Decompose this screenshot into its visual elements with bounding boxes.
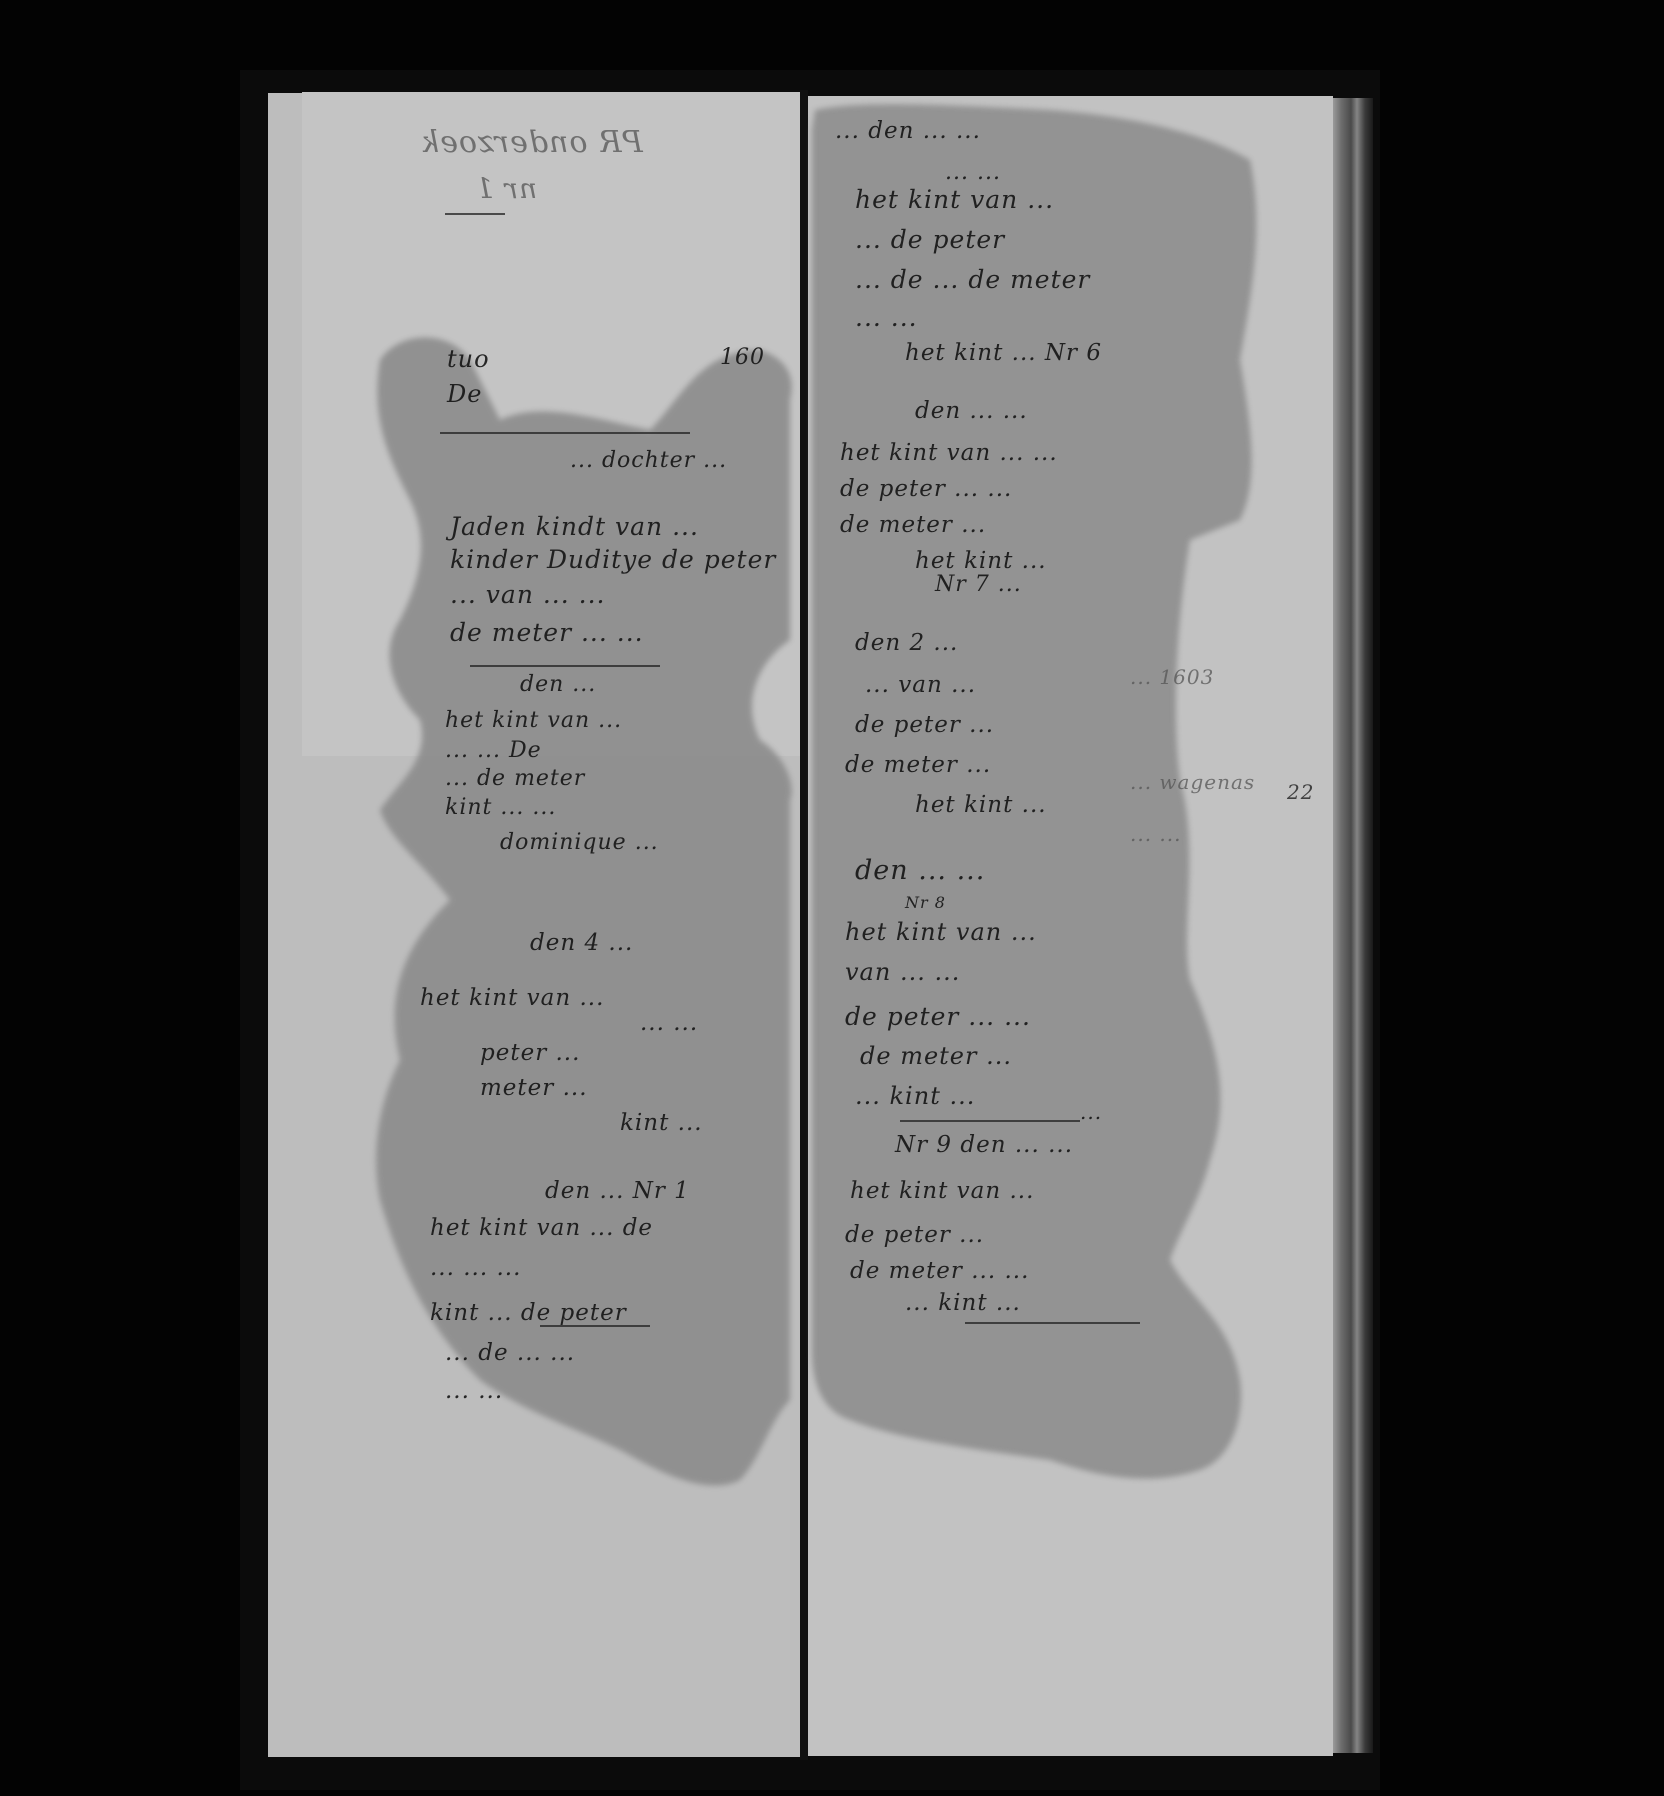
entry-divider bbox=[965, 1322, 1140, 1324]
entry-line: dominique ... bbox=[500, 830, 659, 855]
entry-line: den ... ... bbox=[915, 398, 1028, 424]
entry-line: ... ... bbox=[445, 1378, 503, 1404]
entry-line: den ... bbox=[520, 672, 596, 697]
entry-line: van ... ... bbox=[845, 958, 960, 986]
entry-line: ... ... De bbox=[445, 738, 542, 763]
entry-line: het kint ... Nr 6 bbox=[905, 340, 1102, 366]
entry-line: kint ... ... bbox=[445, 795, 556, 820]
entry-line: peter ... bbox=[480, 1040, 580, 1066]
entry-line: de meter ... bbox=[860, 1042, 1012, 1070]
entry-line: het kint van ... bbox=[445, 708, 622, 733]
edge-folio-number: 22 bbox=[1287, 780, 1314, 804]
mount-note-line1: PR onderzoek bbox=[420, 125, 643, 160]
entry-line: de meter ... ... bbox=[450, 618, 644, 647]
entry-line: Nr 7 ... bbox=[935, 572, 1022, 597]
manuscript-fragments bbox=[0, 0, 1664, 1796]
entry-line: de peter ... bbox=[845, 1222, 984, 1248]
show-through-text: ... 1603 bbox=[1130, 665, 1214, 689]
entry-header-left: tuo bbox=[447, 345, 490, 373]
entry-line: het kint ... bbox=[915, 548, 1047, 574]
entry-line: het kint van ... bbox=[850, 1178, 1034, 1204]
entry-line: Jaden kindt van ... bbox=[450, 512, 699, 541]
mount-note-underline bbox=[445, 213, 505, 215]
year-note: 160 bbox=[720, 345, 765, 370]
entry-line: het kint van ... bbox=[845, 918, 1037, 946]
entry-line: het kint van ... de bbox=[430, 1215, 653, 1241]
entry-line: ... bbox=[1080, 1100, 1102, 1124]
entry-line: ... de meter bbox=[445, 766, 585, 791]
entry-line: ... den ... ... bbox=[835, 118, 981, 144]
entry-line: ... kint ... bbox=[905, 1290, 1021, 1316]
entry-line: den ... Nr 1 bbox=[545, 1178, 690, 1204]
entry-line: kinder Duditye de peter bbox=[450, 545, 776, 574]
entry-line: ... ... ... bbox=[430, 1255, 521, 1281]
entry-line: den 2 ... bbox=[855, 630, 958, 656]
entry-line: de peter ... ... bbox=[840, 476, 1012, 502]
entry-line: ... de peter bbox=[855, 225, 1005, 254]
entry-line: den 4 ... bbox=[530, 930, 633, 956]
entry-line: den ... ... bbox=[855, 855, 985, 886]
entry-line: het kint van ... bbox=[420, 985, 604, 1011]
entry-divider bbox=[470, 665, 660, 667]
entry-line: het kint ... bbox=[915, 792, 1047, 818]
entry-underline bbox=[540, 1325, 650, 1327]
entry-line: kint ... bbox=[620, 1110, 703, 1136]
entry-line: ... van ... bbox=[865, 672, 976, 698]
entry-line: de meter ... bbox=[840, 512, 986, 538]
entry-line: de peter ... bbox=[855, 712, 994, 738]
entry-number: Nr 8 bbox=[905, 893, 946, 912]
entry-line: kint ... de peter bbox=[430, 1300, 627, 1326]
entry-line: ... ... bbox=[945, 160, 1001, 185]
show-through-text: ... ... bbox=[1130, 822, 1182, 846]
entry-line: de meter ... bbox=[845, 752, 991, 778]
entry-line: ... van ... ... bbox=[450, 580, 606, 609]
entry-line: ... dochter ... bbox=[570, 448, 727, 473]
entry-divider bbox=[440, 432, 690, 434]
entry-line: de meter ... ... bbox=[850, 1258, 1029, 1284]
entry-line: ... de ... ... bbox=[445, 1340, 575, 1366]
entry-line: de peter ... ... bbox=[845, 1002, 1031, 1031]
entry-header-left: De bbox=[447, 380, 482, 408]
mount-note-line2: nr 1 bbox=[475, 172, 537, 205]
entry-line: meter ... bbox=[480, 1075, 588, 1101]
entry-line: ... ... bbox=[640, 1010, 698, 1036]
entry-line: Nr 9 den ... ... bbox=[895, 1132, 1073, 1158]
show-through-text: ... wagenas bbox=[1130, 770, 1255, 794]
entry-line: ... de ... de meter bbox=[855, 265, 1090, 294]
entry-line: ... ... bbox=[855, 303, 918, 332]
entry-divider bbox=[900, 1120, 1080, 1122]
entry-line: ... kint ... bbox=[855, 1082, 975, 1110]
entry-line: het kint van ... ... bbox=[840, 440, 1058, 466]
entry-line: het kint van ... bbox=[855, 185, 1054, 214]
